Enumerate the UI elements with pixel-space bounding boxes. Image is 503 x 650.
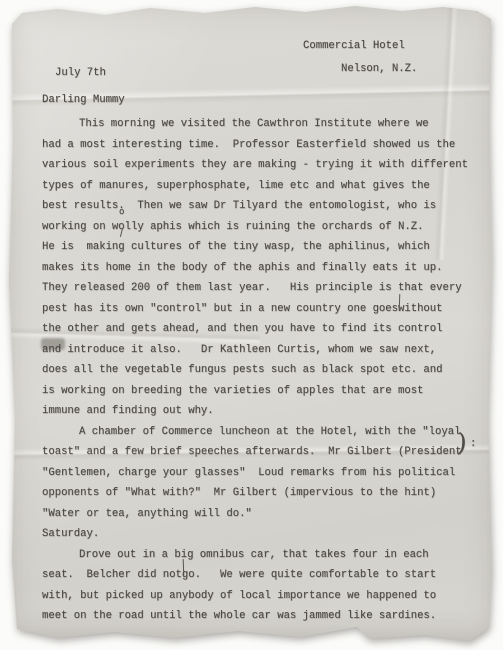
typed-line: Saturday. <box>42 524 482 545</box>
typed-line: They released 200 of them last year. His… <box>42 278 482 299</box>
colon-after-parenthesis: : <box>470 438 476 450</box>
typed-line: types of manures, superphosphate, lime e… <box>42 176 482 197</box>
typed-line: He is making cultures of the tiny wasp, … <box>42 237 482 258</box>
typed-line: does all the vegetable fungus pests such… <box>42 360 482 381</box>
typed-line: opponents of "What with?" Mr Gilbert (im… <box>42 483 482 504</box>
typed-line: with, but picked up anybody of local imp… <box>42 586 482 607</box>
letter-body: This morning we visited the Cawthron Ins… <box>42 114 482 627</box>
typed-correction-letter: o <box>119 207 124 217</box>
typed-line: toast" and a few brief speeches afterwar… <box>42 442 482 463</box>
typed-line: had a most interesting time. Professor E… <box>42 135 482 156</box>
letterhead-hotel-name: Commercial Hotel <box>303 40 405 52</box>
typed-line: best results. Then we saw Dr Tilyard the… <box>42 196 482 217</box>
typed-line: "Water or tea, anything will do." <box>42 504 482 525</box>
typed-line: pest has its own "control" but in a new … <box>42 299 482 320</box>
typed-line: the other and gets ahead, and then you h… <box>42 319 482 340</box>
typed-line: This morning we visited the Cawthron Ins… <box>42 114 482 135</box>
typed-line: Drove out in a big omnibus car, that tak… <box>42 545 482 566</box>
handwritten-parenthesis: ) <box>456 428 468 458</box>
typed-line: seat. Belcher did notgo. We were quite c… <box>42 565 482 586</box>
typed-line: immune and finding out why. <box>42 401 482 422</box>
typed-line: and introduce it also. Dr Kathleen Curti… <box>42 340 482 361</box>
letter-date: July 7th <box>55 67 106 79</box>
typed-line: A chamber of Commerce luncheon at the Ho… <box>42 422 482 443</box>
letter-paper: Commercial Hotel Nelson, N.Z. July 7th D… <box>0 0 503 650</box>
salutation: Darling Mummy <box>42 94 125 106</box>
paper-shadow: Commercial Hotel Nelson, N.Z. July 7th D… <box>0 0 503 650</box>
typed-line: meet on the road until the whole car was… <box>42 606 482 627</box>
letterhead-city: Nelson, N.Z. <box>341 63 417 75</box>
typed-line: "Gentlemen, charge your glasses" Loud re… <box>42 463 482 484</box>
typed-line: working on wolly aphis which is ruining … <box>42 217 482 238</box>
scanned-letter-page: Commercial Hotel Nelson, N.Z. July 7th D… <box>0 0 503 650</box>
typed-line: is working on breeding the varieties of … <box>42 381 482 402</box>
typed-line: makes its home in the body of the aphis … <box>42 258 482 279</box>
typed-line: various soil experiments they are making… <box>42 155 482 176</box>
